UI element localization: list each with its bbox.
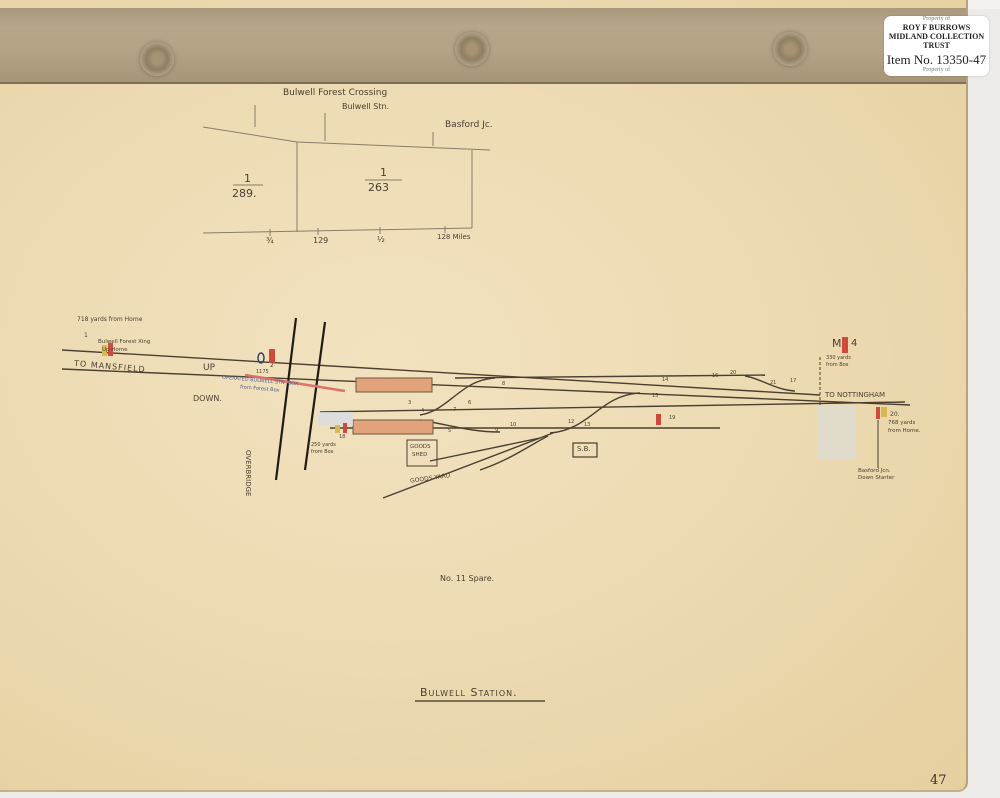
lever-9: 9 <box>495 428 498 434</box>
platform-canopy <box>318 412 353 426</box>
signal-4-dist-1: 330 yards <box>826 355 851 361</box>
lever-20: 20 <box>730 370 736 376</box>
bridge-block <box>818 406 856 460</box>
signal-18-distance-1: 250 yards <box>311 442 336 448</box>
lever-16: 16 <box>712 373 718 379</box>
signal-1-desc-1: Bulwell Forest Xing <box>98 339 150 345</box>
signal-20-yellow <box>881 407 887 417</box>
down-label: Down. <box>193 394 222 403</box>
profile-station-label: Bulwell Stn. <box>342 102 389 111</box>
goods-shed-label-2: Shed <box>412 452 427 458</box>
gradient-1-num: 1 <box>244 172 251 185</box>
diagram-lines <box>0 0 1000 798</box>
diagram-title: Bulwell Station. <box>420 686 518 699</box>
gradient-1-den: 289. <box>232 187 257 200</box>
running-lines <box>62 350 910 498</box>
signal-19-red <box>656 414 661 425</box>
home-distance-label: 718 yards from Home <box>77 316 142 323</box>
to-nottingham-label: To Nottingham <box>825 391 885 399</box>
overbridge-label: Overbridge <box>244 450 252 496</box>
signal-1-desc-2: Up Home <box>102 347 128 353</box>
signal-18-distance-2: from Box <box>311 449 334 455</box>
up-label: Up <box>203 363 215 373</box>
lever-17: 17 <box>790 378 796 384</box>
signal-4-dist-2: from Box <box>826 362 849 368</box>
milepost-3: ½ <box>377 235 385 244</box>
signal-4-number: 4 <box>851 338 857 349</box>
lever-3: 3 <box>408 400 411 406</box>
milepost-4: 128 Miles <box>437 233 470 241</box>
signal-4-red <box>842 337 848 353</box>
lever-5: 5 <box>448 428 451 434</box>
lever-7: 7 <box>453 407 456 413</box>
down-platform <box>353 420 433 434</box>
basford-label-2: Down Starter <box>858 475 894 481</box>
milepost-2: 129 <box>313 236 328 245</box>
lever-4: 4 <box>421 408 424 414</box>
milepost-1: ¾ <box>266 236 274 245</box>
lever-12: 12 <box>568 419 574 425</box>
lever-15: 15 <box>652 393 658 399</box>
overbridge-lines <box>276 318 325 480</box>
signal-1-number: 1 <box>84 332 88 339</box>
signal-20-number: 20. <box>890 411 900 418</box>
signal-20-dist-1: 768 yards <box>888 420 915 426</box>
lever-8: 8 <box>502 381 505 387</box>
profile-junction-label: Basford Jc. <box>445 120 493 130</box>
lever-10: 10 <box>510 422 516 428</box>
page-number: 47 <box>930 773 947 788</box>
signal-20-red <box>876 407 880 419</box>
lever-21: 21 <box>770 380 776 386</box>
spare-note: No. 11 Spare. <box>440 574 494 583</box>
signal-2-number: 2 <box>270 362 274 369</box>
signal-20-dist-2: from Home. <box>888 428 921 434</box>
signal-2-red <box>269 349 275 363</box>
signal-18-red <box>343 423 347 433</box>
basford-label-1: Basford Jcn. <box>858 468 891 474</box>
profile-crossing-label: Bulwell Forest Crossing <box>283 88 387 98</box>
signal-18-number: 18 <box>339 434 345 440</box>
up-platform <box>356 378 432 392</box>
signal-2-distance: 1175 <box>256 369 269 375</box>
gradient-2-den: 263 <box>368 181 389 194</box>
signal-18-yellow <box>335 425 340 433</box>
signal-4-letter: M <box>832 337 842 350</box>
signal-box-label: S.B. <box>577 445 591 453</box>
goods-shed-label-1: Goods <box>410 444 431 450</box>
gradient-2-num: 1 <box>380 166 387 179</box>
lever-13: 13 <box>584 422 590 428</box>
lever-14: 14 <box>662 377 668 383</box>
lever-6: 6 <box>468 400 471 406</box>
lever-19: 19 <box>669 415 675 421</box>
